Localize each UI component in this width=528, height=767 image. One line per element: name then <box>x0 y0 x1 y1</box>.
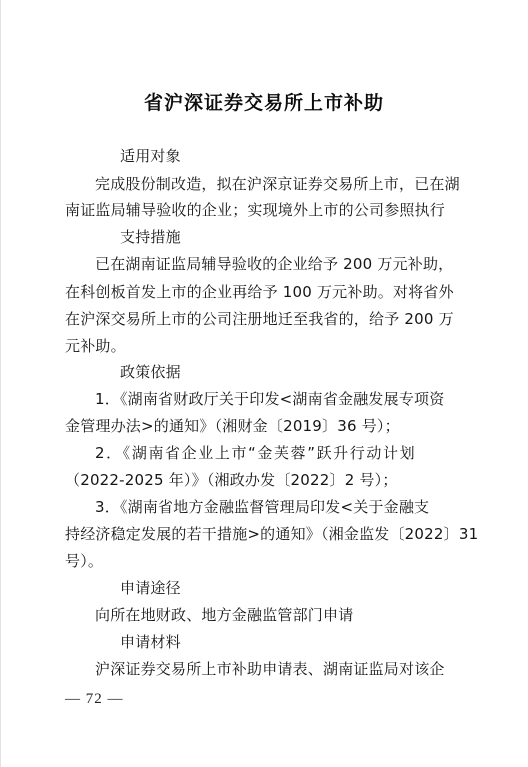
section-heading-basis: 政策依据 <box>120 361 520 382</box>
basis-line-7: 号）。 <box>65 550 465 571</box>
support-line-3: 在沪深交易所上市的公司注册地迁至我省的，给予 200 万 <box>65 308 465 329</box>
basis-line-4: （2022-2025 年）》（湘政办发〔2022〕2 号）； <box>65 469 465 490</box>
page-edge <box>0 0 1 767</box>
basis-line-5: 3．《湖南省地方金融监督管理局印发<关于金融支 <box>95 496 495 517</box>
materials-line-1: 沪深证券交易所上市补助申请表、湖南证监局对该企 <box>95 658 495 679</box>
section-heading-channel: 申请途径 <box>120 577 520 598</box>
basis-line-2: 金管理办法>的通知》（湘财金〔2019〕36 号）； <box>65 415 465 436</box>
basis-line-6: 持经济稳定发展的若干措施>的通知》（湘金监发〔2022〕31 <box>65 523 465 544</box>
support-line-1: 已在湖南证监局辅导验收的企业给予 200 万元补助， <box>95 253 495 274</box>
scope-line-1: 完成股份制改造，拟在沪深京证券交易所上市，已在湖 <box>95 173 495 194</box>
basis-line-1: 1．《湖南省财政厅关于印发<湖南省金融发展专项资 <box>95 388 495 409</box>
page-number: — 72 — <box>65 691 124 708</box>
support-line-2: 在科创板首发上市的企业再给予 100 万元补助。对将省外 <box>65 281 465 302</box>
basis-line-3: 2．《湖南省企业上市“金芙蓉”跃升行动计划 <box>95 442 495 463</box>
document-title: 省沪深证券交易所上市补助 <box>0 88 528 115</box>
section-heading-materials: 申请材料 <box>120 631 520 652</box>
section-heading-scope: 适用对象 <box>120 145 520 166</box>
support-line-4: 元补助。 <box>65 335 465 356</box>
section-heading-support: 支持措施 <box>120 226 520 247</box>
scope-line-2: 南证监局辅导验收的企业；实现境外上市的公司参照执行 <box>65 199 465 220</box>
channel-line-1: 向所在地财政、地方金融监管部门申请 <box>95 604 495 625</box>
